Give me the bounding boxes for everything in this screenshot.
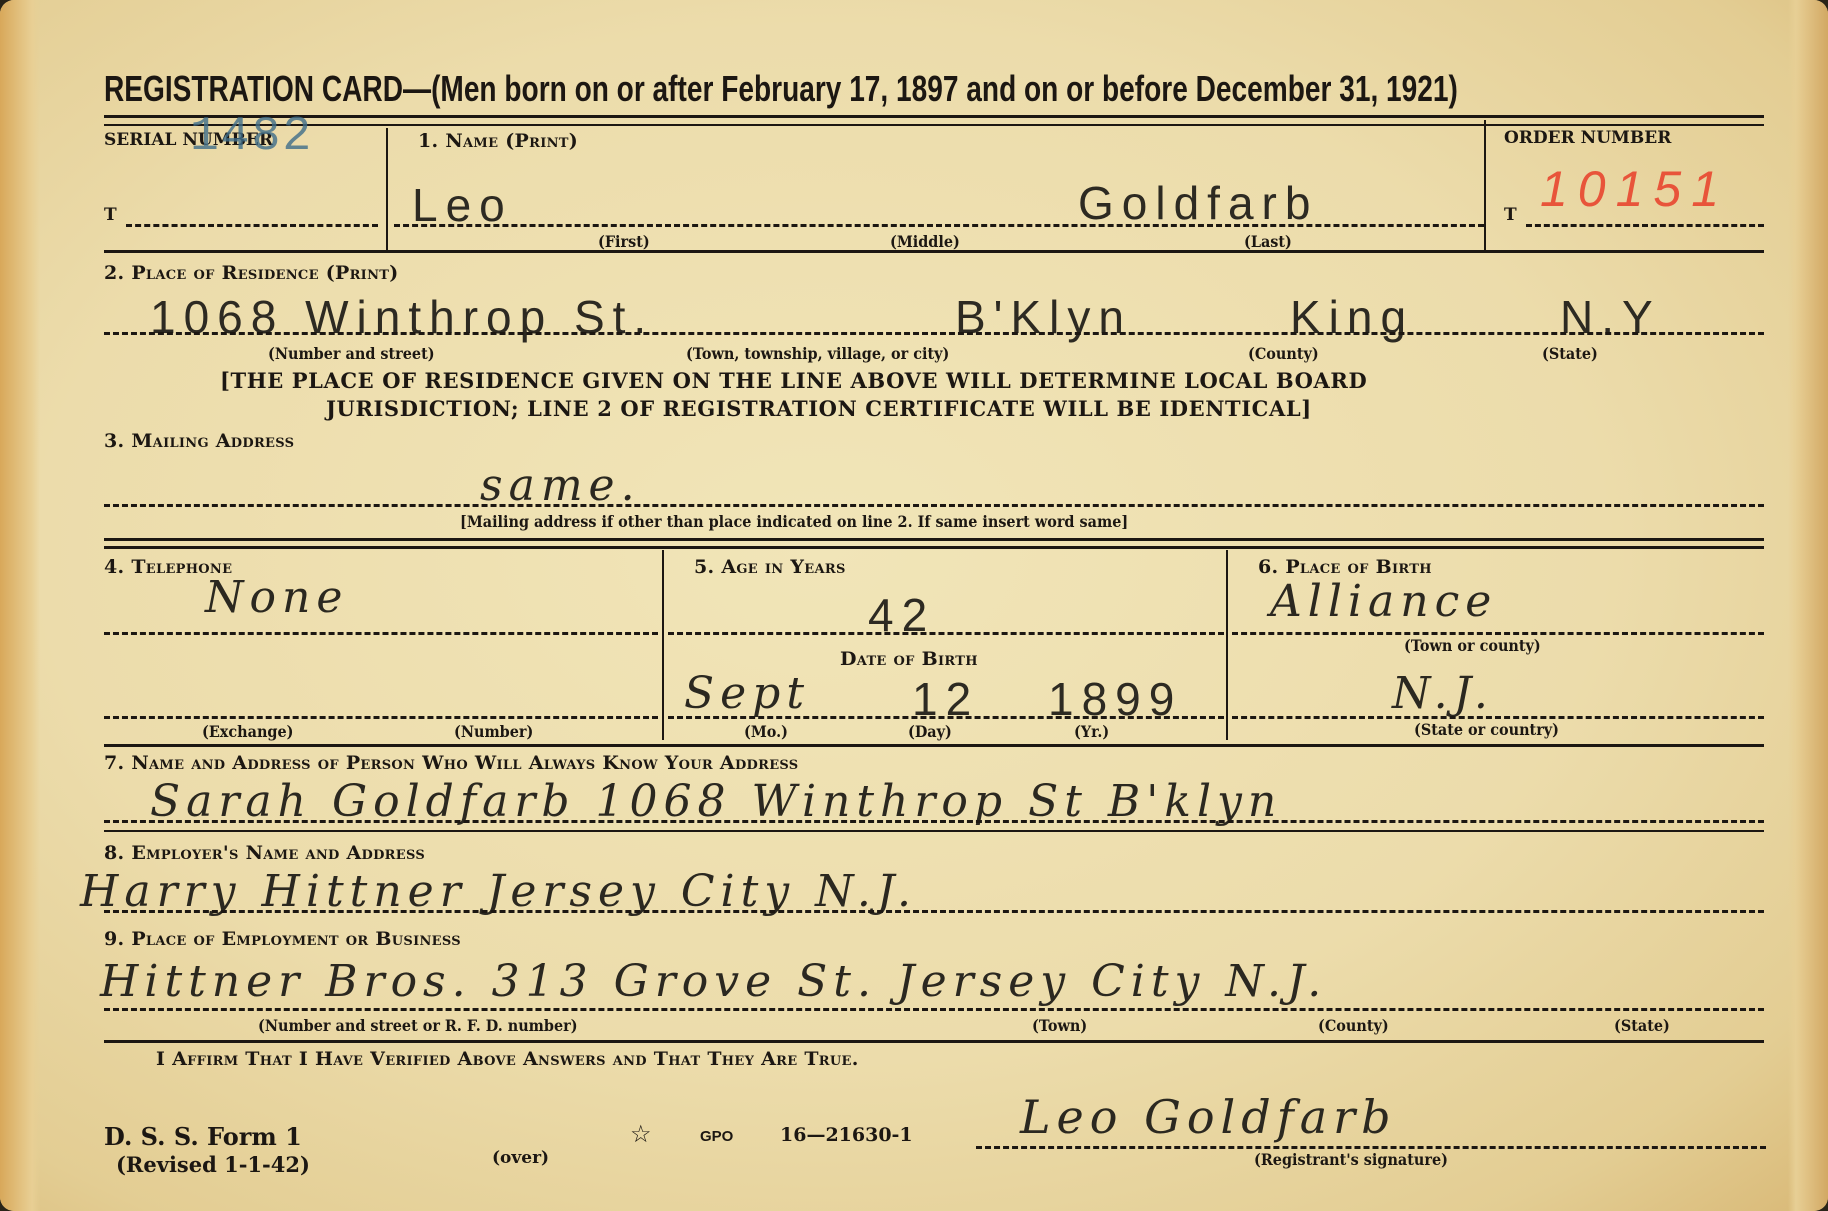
birthplace-state-value: N.J.: [1392, 668, 1494, 719]
employment-street-caption: (Number and street or R. F. D. number): [258, 1016, 578, 1035]
form-revised: (Revised 1-1-42): [116, 1152, 310, 1177]
rule-after-contact: [104, 830, 1764, 832]
employment-label: 9. Place of Employment or Business: [104, 928, 461, 950]
age-label: 5. Age in Years: [694, 556, 846, 578]
serial-number-stamp: 1482: [190, 110, 313, 164]
age-divider: [1226, 550, 1228, 740]
dob-year-caption: (Yr.): [1074, 722, 1109, 741]
mailing-label: 3. Mailing Address: [104, 430, 294, 452]
affirmation-text: I Affirm That I Have Verified Above Answ…: [156, 1048, 859, 1070]
name-last-value: Goldfarb: [1078, 176, 1318, 230]
order-prefix: T: [1504, 205, 1517, 225]
birthplace-state-line: [1232, 716, 1764, 719]
telephone-exchange-caption: (Exchange): [202, 722, 293, 741]
order-number-label: ORDER NUMBER: [1504, 128, 1671, 148]
star-icon: ☆: [630, 1120, 652, 1148]
dob-label: Date of Birth: [840, 648, 978, 670]
employer-line: [104, 910, 1764, 913]
registration-card: REGISTRATION CARD—(Men born on or after …: [0, 0, 1828, 1211]
card-edge-right: [1788, 0, 1828, 1211]
card-title: REGISTRATION CARD—(Men born on or after …: [104, 68, 1458, 110]
telephone-line-1: [104, 632, 658, 635]
order-divider: [1484, 120, 1486, 250]
name-line: [394, 224, 1484, 227]
rule-after-name: [104, 250, 1764, 253]
card-edge-left: [0, 0, 40, 1211]
residence-notice-line2: JURISDICTION; LINE 2 OF REGISTRATION CER…: [326, 396, 1312, 421]
top-rule: [104, 115, 1764, 118]
dob-line: [668, 716, 1224, 719]
birthplace-state-caption: (State or country): [1414, 720, 1559, 739]
name-label: 1. Name (Print): [418, 130, 578, 152]
employment-value: Hittner Bros. 313 Grove St. Jersey City …: [100, 956, 1327, 1007]
mailing-line: [104, 504, 1764, 507]
residence-state-caption: (State): [1542, 344, 1598, 363]
dob-day-caption: (Day): [908, 722, 952, 741]
top-rule-2: [104, 124, 1764, 126]
employment-county-caption: (County): [1318, 1016, 1389, 1035]
signature-caption: (Registrant's signature): [1254, 1150, 1448, 1169]
double-rule-top: [104, 538, 1764, 541]
telephone-value: None: [205, 572, 348, 623]
rule-after-birth: [104, 744, 1764, 747]
gpo-mark: GPO: [700, 1128, 733, 1145]
name-first-caption: (First): [598, 232, 650, 251]
residence-town-value: B'Klyn: [955, 290, 1132, 344]
age-line: [668, 632, 1224, 635]
double-rule-bottom: [104, 546, 1764, 549]
name-middle-caption: (Middle): [890, 232, 960, 251]
order-line: [1526, 224, 1764, 227]
residence-notice-line1: [THE PLACE OF RESIDENCE GIVEN ON THE LIN…: [220, 368, 1367, 393]
contact-line: [104, 820, 1764, 823]
serial-line: [126, 224, 378, 227]
residence-street-caption: (Number and street): [268, 344, 435, 363]
residence-line: [104, 332, 1764, 335]
birthplace-town-line: [1232, 632, 1764, 635]
mailing-caption: [Mailing address if other than place ind…: [460, 512, 1128, 531]
serial-divider: [386, 128, 388, 250]
birthplace-town-value: Alliance: [1270, 576, 1497, 627]
contact-label: 7. Name and Address of Person Who Will A…: [104, 752, 799, 774]
over-note: (over): [492, 1148, 549, 1168]
telephone-number-caption: (Number): [454, 722, 533, 741]
birthplace-label: 6. Place of Birth: [1258, 556, 1432, 578]
order-number-value: 10151: [1540, 160, 1729, 218]
dob-month-caption: (Mo.): [744, 722, 788, 741]
residence-street-value: 1068 Winthrop St.: [150, 290, 654, 344]
employer-label: 8. Employer's Name and Address: [104, 842, 425, 864]
form-number: D. S. S. Form 1: [104, 1122, 302, 1151]
employment-state-caption: (State): [1614, 1016, 1670, 1035]
employment-line: [104, 1008, 1764, 1011]
telephone-line-2: [104, 716, 658, 719]
name-last-caption: (Last): [1244, 232, 1292, 251]
dob-month-value: Sept: [684, 668, 810, 719]
signature-line: [976, 1146, 1766, 1149]
residence-town-caption: (Town, township, village, or city): [686, 344, 949, 363]
print-code: 16—21630-1: [780, 1124, 913, 1146]
telephone-divider: [662, 550, 664, 740]
serial-prefix: T: [104, 205, 117, 225]
employment-town-caption: (Town): [1032, 1016, 1087, 1035]
birthplace-town-caption: (Town or county): [1404, 636, 1541, 655]
residence-state-value: N.Y: [1560, 290, 1661, 344]
rule-after-employment: [104, 1040, 1764, 1043]
residence-county-caption: (County): [1248, 344, 1319, 363]
residence-label: 2. Place of Residence (Print): [104, 262, 399, 284]
residence-county-value: King: [1290, 290, 1414, 344]
registrant-signature: Leo Goldfarb: [1020, 1090, 1397, 1144]
